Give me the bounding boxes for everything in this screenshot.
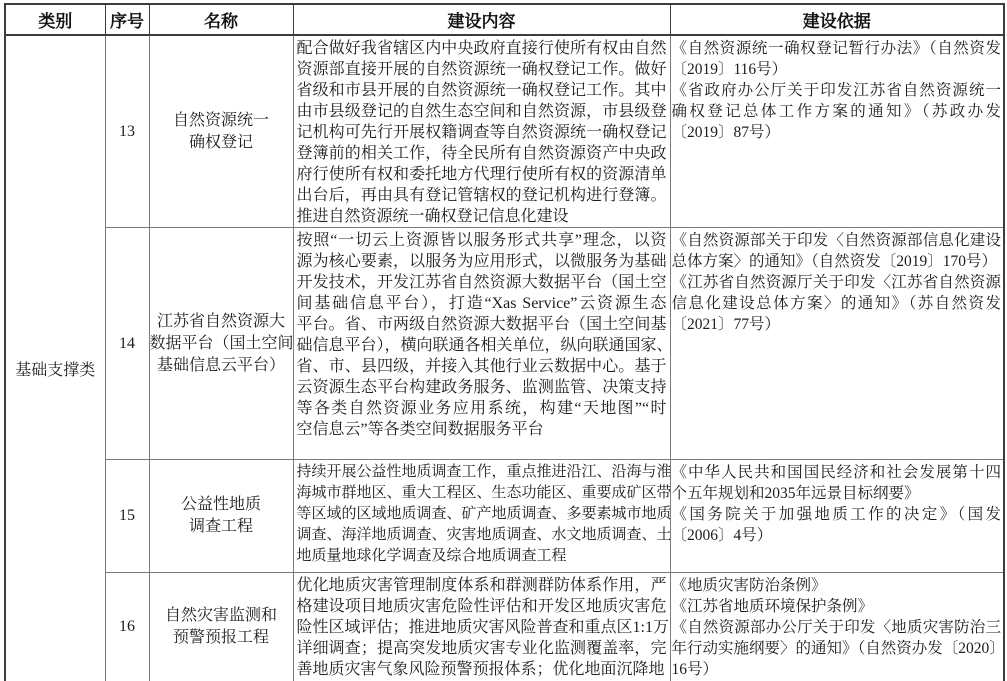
basis-document: 《国务院关于加强地质工作的决定》（国发〔2006〕4号）	[672, 504, 1002, 546]
text-line: 登簿前的相关工作，待全民所有自然资源资产中央政	[297, 143, 667, 164]
text-line: 省级和市县开展的自然资源统一确权登记工作。其中	[297, 80, 667, 101]
content-text: 优化地质灾害管理制度体系和群测群防体系作用，严格建设项目地质灾害危险性评估和开发…	[297, 575, 667, 680]
content-text: 按照“一切云上资源皆以服务形式共享”理念，以资源为核心要素，以服务为应用形式，以…	[297, 230, 667, 440]
text-line: 信息化建设总体方案〉的通知》（苏自然资发	[672, 293, 1002, 314]
text-line: 《江苏省自然资源厅关于印发〈江苏省自然资源	[672, 272, 1002, 293]
text-line: 《自然资源部关于印发〈自然资源部信息化建设	[672, 230, 1002, 251]
basis-document: 《省政府办公厅关于印发江苏省自然资源统一确权登记总体工作方案的通知》（苏政办发〔…	[672, 80, 1002, 143]
text-line: 空信息云”等各类空间数据服务平台	[297, 419, 667, 440]
content-cell: 优化地质灾害管理制度体系和群测群防体系作用，严格建设项目地质灾害危险性评估和开发…	[293, 573, 670, 681]
text-line: 〔2019〕87号）	[672, 122, 1002, 143]
text-line: 记机构可先行开展权籍调查等自然资源统一确权登记	[297, 122, 667, 143]
basis-document: 《自然资源部办公厅关于印发〈地质灾害防治三年行动实施纲要〉的通知》（自然资办发〔…	[672, 617, 1002, 680]
text-line: 开发技术，开发江苏省自然资源大数据平台（国土空	[297, 272, 667, 293]
text-line: 《自然资源部办公厅关于印发〈地质灾害防治三	[672, 617, 1002, 638]
header-name: 名称	[149, 4, 293, 35]
basis-document: 《自然资源统一确权登记暂行办法》（自然资发〔2019〕116号）	[672, 38, 1002, 80]
name-cell: 公益性地质调查工程	[149, 460, 293, 573]
text-line: 险性区域评估；推进地质灾害风险普查和重点区1:1万	[297, 617, 667, 638]
text-line: 资源部直接开展的自然资源统一确权登记工作。做好	[297, 59, 667, 80]
text-line: 总体方案〉的通知》（自然资发〔2019〕170号）	[672, 251, 1002, 272]
header-basis: 建设依据	[670, 4, 1004, 35]
header-category: 类别	[5, 4, 105, 35]
name-text: 江苏省自然资源大数据平台（国土空间基础信息云平台）	[150, 311, 293, 377]
text-line: 江苏省自然资源大	[150, 311, 293, 333]
text-line: 《自然资源统一确权登记暂行办法》（自然资发	[672, 38, 1002, 59]
text-line: 〔2019〕116号）	[672, 59, 1002, 80]
text-line: 源为核心要素，以服务为应用形式，以微服务为基础	[297, 251, 667, 272]
text-line: 海城市群地区、重大工程区、生态功能区、重要成矿区带	[297, 483, 667, 504]
text-line: 格建设项目地质灾害危险性评估和开发区地质灾害危	[297, 596, 667, 617]
seq-no-cell: 14	[105, 228, 149, 460]
text-line: 府行使所有权和委托地方代理行使所有权的资源清单	[297, 164, 667, 185]
table-row: 14 江苏省自然资源大数据平台（国土空间基础信息云平台） 按照“一切云上资源皆以…	[5, 228, 1004, 460]
table-row: 基础支撑类 13 自然资源统一确权登记 配合做好我省辖区内中央政府直接行使所有权…	[5, 35, 1004, 228]
text-line: 地质量地球化学调查及综合地质调查工程	[297, 546, 667, 567]
seq-no-cell: 15	[105, 460, 149, 573]
text-line: 年行动实施纲要〉的通知》（自然资办发〔2020〕	[672, 638, 1002, 659]
basis-cell: 《中华人民共和国国民经济和社会发展第十四个五年规划和2035年远景目标纲要》 《…	[670, 460, 1004, 573]
text-line: 配合做好我省辖区内中央政府直接行使所有权由自然	[297, 38, 667, 59]
content-text: 持续开展公益性地质调查工作，重点推进沿江、沿海与淮海城市群地区、重大工程区、生态…	[297, 462, 667, 567]
text-line: 确权登记	[150, 132, 293, 154]
basis-document: 《江苏省自然资源厅关于印发〈江苏省自然资源信息化建设总体方案〉的通知》（苏自然资…	[672, 272, 1002, 335]
table-row: 15 公益性地质调查工程 持续开展公益性地质调查工作，重点推进沿江、沿海与淮海城…	[5, 460, 1004, 573]
text-line: 详细调查；提高突发地质灾害专业化监测覆盖率，完	[297, 638, 667, 659]
text-line: 确权登记总体工作方案的通知》（苏政办发	[672, 101, 1002, 122]
text-line: 省、市、县四级，并接入其他行业云数据中心。基于	[297, 356, 667, 377]
construction-projects-table: 类别 序号 名称 建设内容 建设依据 基础支撑类 13 自然资源统一确权登记 配…	[4, 3, 1005, 681]
seq-no-cell: 16	[105, 573, 149, 681]
text-line: 《省政府办公厅关于印发江苏省自然资源统一	[672, 80, 1002, 101]
name-text: 自然资源统一确权登记	[150, 110, 293, 154]
text-line: 础信息平台），横向联通各相关单位，纵向联通国家、	[297, 335, 667, 356]
text-line: 善地质灾害气象风险预警预报体系；优化地面沉降地	[297, 659, 667, 680]
basis-document: 《自然资源部关于印发〈自然资源部信息化建设总体方案〉的通知》（自然资发〔2019…	[672, 230, 1002, 272]
text-line: 《中华人民共和国国民经济和社会发展第十四	[672, 462, 1002, 483]
header-row: 类别 序号 名称 建设内容 建设依据	[5, 4, 1004, 35]
text-line: 〔2006〕4号）	[672, 525, 1002, 546]
text-line: 基础信息云平台）	[150, 355, 293, 377]
text-line: 持续开展公益性地质调查工作，重点推进沿江、沿海与淮	[297, 462, 667, 483]
basis-cell: 《自然资源部关于印发〈自然资源部信息化建设总体方案〉的通知》（自然资发〔2019…	[670, 228, 1004, 460]
text-line: 自然资源统一	[150, 110, 293, 132]
basis-document: 《地质灾害防治条例》	[672, 575, 1002, 596]
text-line: 自然灾害监测和	[150, 605, 293, 627]
text-line: 《江苏省地质环境保护条例》	[672, 596, 1002, 617]
text-line: 间基础信息平台），打造“Xas Service”云资源生态	[297, 293, 667, 314]
name-text: 公益性地质调查工程	[150, 494, 293, 538]
basis-cell: 《自然资源统一确权登记暂行办法》（自然资发〔2019〕116号） 《省政府办公厅…	[670, 35, 1004, 228]
name-cell: 自然灾害监测和预警预报工程	[149, 573, 293, 681]
text-line: 〔2021〕77号）	[672, 314, 1002, 335]
seq-no-cell: 13	[105, 35, 149, 228]
basis-cell: 《地质灾害防治条例》 《江苏省地质环境保护条例》 《自然资源部办公厅关于印发〈地…	[670, 573, 1004, 681]
name-cell: 自然资源统一确权登记	[149, 35, 293, 228]
name-text: 自然灾害监测和预警预报工程	[150, 605, 293, 649]
text-line: 按照“一切云上资源皆以服务形式共享”理念，以资	[297, 230, 667, 251]
text-line: 等各类自然资源业务应用系统，构建“天地图”“时	[297, 398, 667, 419]
text-line: 个五年规划和2035年远景目标纲要》	[672, 483, 1002, 504]
text-line: 数据平台（国土空间	[150, 333, 293, 355]
text-line: 调查工程	[150, 516, 293, 538]
text-line: 《国务院关于加强地质工作的决定》（国发	[672, 504, 1002, 525]
text-line: 等区域的区域地质调查、矿产地质调查、多要素城市地质	[297, 504, 667, 525]
text-line: 公益性地质	[150, 494, 293, 516]
basis-document: 《江苏省地质环境保护条例》	[672, 596, 1002, 617]
text-line: 出台后，再由具有登记管辖权的登记机构进行登簿。	[297, 185, 667, 206]
category-cell: 基础支撑类	[5, 35, 105, 681]
text-line: 云资源生态平台构建政务服务、监测监管、决策支持	[297, 377, 667, 398]
content-cell: 按照“一切云上资源皆以服务形式共享”理念，以资源为核心要素，以服务为应用形式，以…	[293, 228, 670, 460]
content-cell: 持续开展公益性地质调查工作，重点推进沿江、沿海与淮海城市群地区、重大工程区、生态…	[293, 460, 670, 573]
text-line: 16号）	[672, 659, 1002, 680]
text-line: 推进自然资源统一确权登记信息化建设	[297, 206, 667, 227]
content-cell: 配合做好我省辖区内中央政府直接行使所有权由自然资源部直接开展的自然资源统一确权登…	[293, 35, 670, 228]
text-line: 由市县级登记的自然生态空间和自然资源，市县级登	[297, 101, 667, 122]
text-line: 优化地质灾害管理制度体系和群测群防体系作用，严	[297, 575, 667, 596]
name-cell: 江苏省自然资源大数据平台（国土空间基础信息云平台）	[149, 228, 293, 460]
header-content: 建设内容	[293, 4, 670, 35]
text-line: 平台。省、市两级自然资源大数据平台（国土空间基	[297, 314, 667, 335]
header-seq-no: 序号	[105, 4, 149, 35]
text-line: 预警预报工程	[150, 627, 293, 649]
content-text: 配合做好我省辖区内中央政府直接行使所有权由自然资源部直接开展的自然资源统一确权登…	[297, 38, 667, 227]
text-line: 调查、海洋地质调查、灾害地质调查、水文地质调查、土	[297, 525, 667, 546]
text-line: 《地质灾害防治条例》	[672, 575, 1002, 596]
basis-document: 《中华人民共和国国民经济和社会发展第十四个五年规划和2035年远景目标纲要》	[672, 462, 1002, 504]
table-row: 16 自然灾害监测和预警预报工程 优化地质灾害管理制度体系和群测群防体系作用，严…	[5, 573, 1004, 681]
